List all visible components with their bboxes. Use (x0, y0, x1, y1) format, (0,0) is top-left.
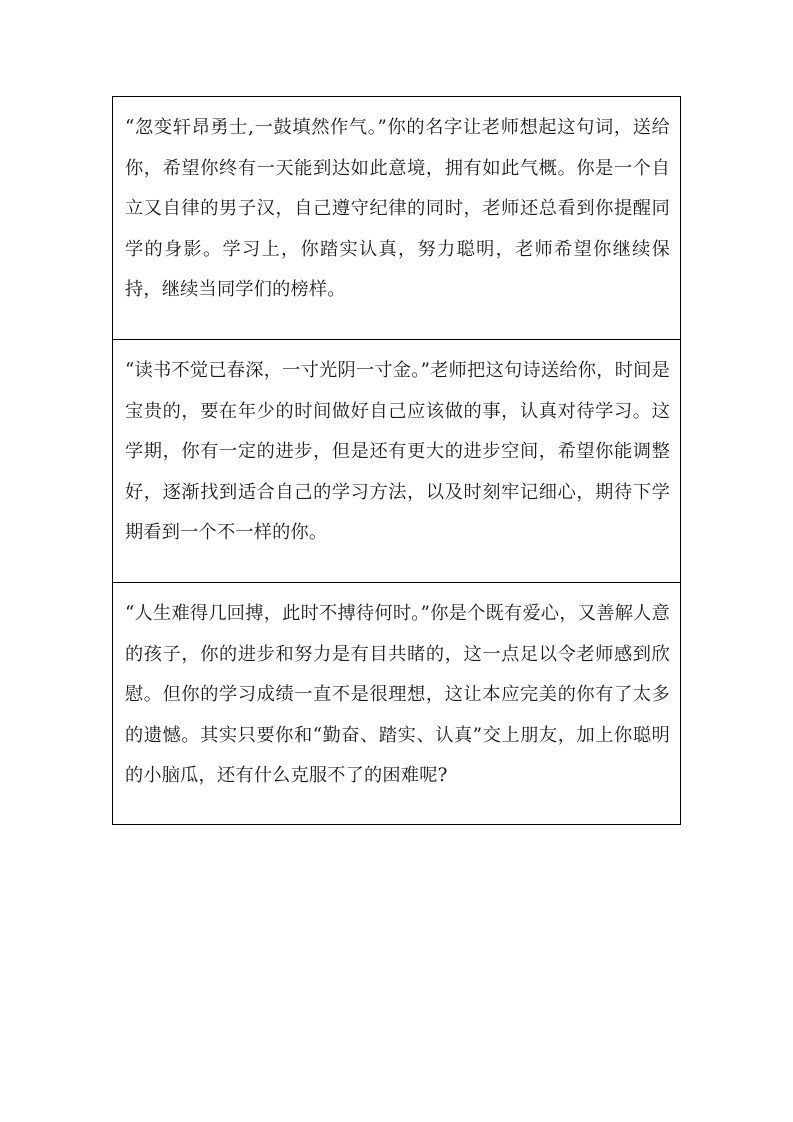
comment-text: “忽变轩昂勇士,一鼓填然作气。”你的名字让老师想起这句词，送给你，希望你终有一天… (125, 108, 670, 311)
comment-text: “读书不觉已春深，一寸光阴一寸金。”老师把这句诗送给你，时间是宝贵的，要在年少的… (125, 351, 670, 554)
comment-row: “人生难得几回搏，此时不搏待何时。”你是个既有爱心，又善解人意的孩子，你的进步和… (113, 583, 681, 825)
teacher-comments-table: “忽变轩昂勇士,一鼓填然作气。”你的名字让老师想起这句词，送给你，希望你终有一天… (112, 96, 681, 825)
comment-row: “忽变轩昂勇士,一鼓填然作气。”你的名字让老师想起这句词，送给你，希望你终有一天… (113, 97, 681, 340)
comment-cell: “忽变轩昂勇士,一鼓填然作气。”你的名字让老师想起这句词，送给你，希望你终有一天… (113, 97, 681, 340)
comment-cell: “读书不觉已春深，一寸光阴一寸金。”老师把这句诗送给你，时间是宝贵的，要在年少的… (113, 340, 681, 583)
comment-cell: “人生难得几回搏，此时不搏待何时。”你是个既有爱心，又善解人意的孩子，你的进步和… (113, 583, 681, 825)
comment-text: “人生难得几回搏，此时不搏待何时。”你是个既有爱心，又善解人意的孩子，你的进步和… (125, 594, 670, 797)
comment-row: “读书不觉已春深，一寸光阴一寸金。”老师把这句诗送给你，时间是宝贵的，要在年少的… (113, 340, 681, 583)
